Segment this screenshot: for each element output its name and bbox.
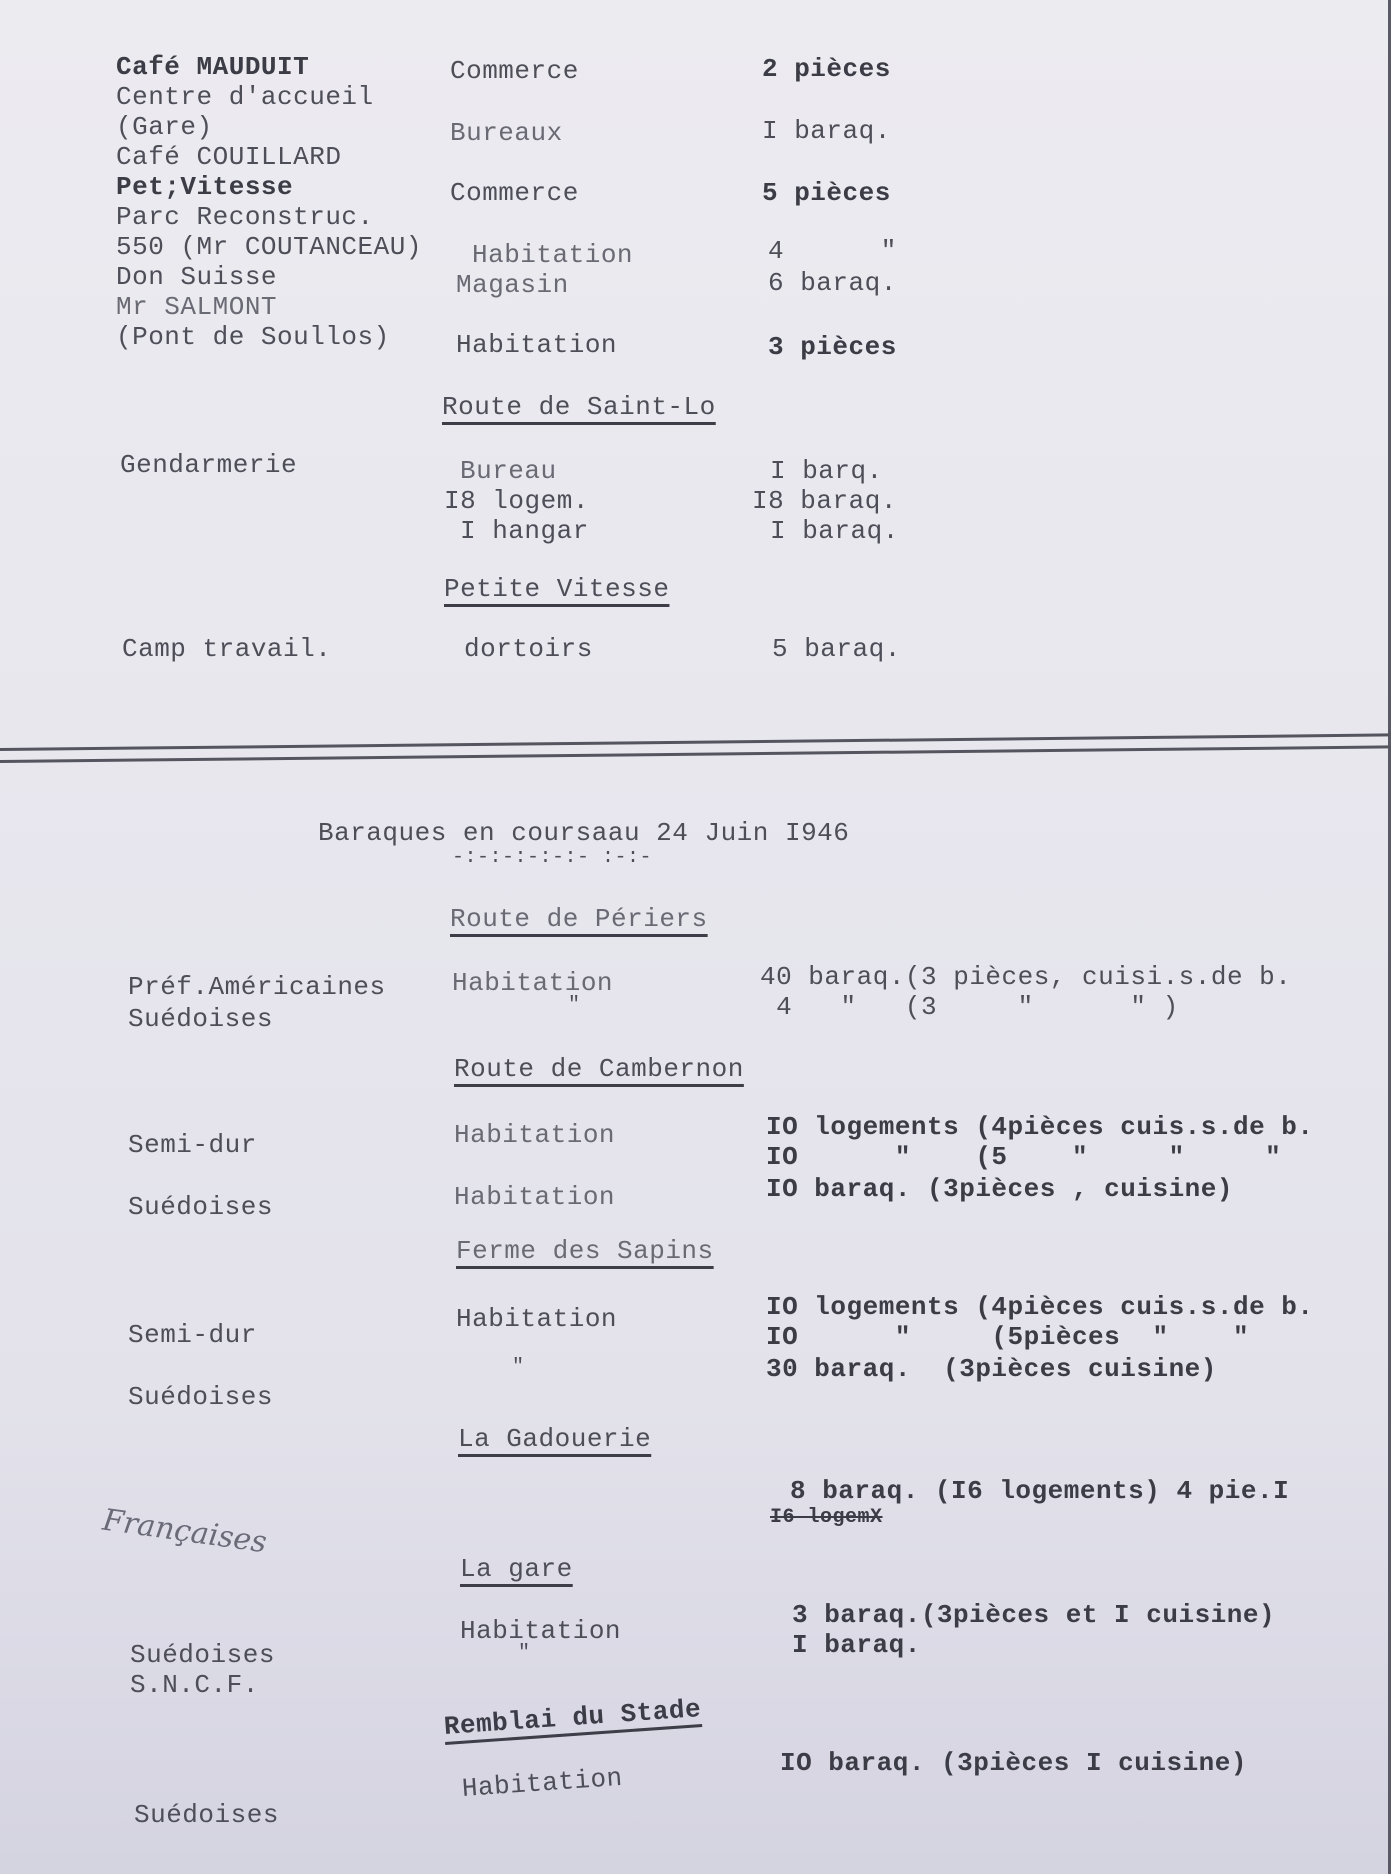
- entry-size: 2 pièces: [762, 54, 891, 84]
- entry-usage: Habitation: [454, 1120, 615, 1150]
- entry-name: Suédoises: [130, 1640, 275, 1670]
- entry-name: Café MAUDUIT: [116, 52, 309, 82]
- entry-usage: Magasin: [456, 270, 569, 300]
- entry-size: IO logements (4pièces cuis.s.de b.: [766, 1292, 1314, 1322]
- entry-usage: Habitation: [452, 968, 613, 998]
- entry-size: 6 baraq.: [768, 268, 897, 298]
- entry-size: 4 ": [768, 236, 897, 266]
- entry-name: 550 (Mr COUTANCEAU): [116, 232, 422, 262]
- entry-usage: Habitation: [461, 1763, 624, 1804]
- entry-usage: Habitation: [472, 240, 633, 270]
- entry-name: Don Suisse: [116, 262, 277, 292]
- entry-size: 5 baraq.: [772, 634, 901, 664]
- ditto-mark: ": [518, 1642, 531, 1665]
- entry-size: 8 baraq. (I6 logements) 4 pie.I: [790, 1476, 1289, 1506]
- entry-size: 3 pièces: [768, 332, 897, 362]
- entry-name: (Pont de Soullos): [116, 322, 390, 352]
- scanned-page: Café MAUDUIT Centre d'accueil (Gare) Caf…: [0, 0, 1391, 1874]
- entry-usage: Habitation: [456, 330, 617, 360]
- section-heading-gadouerie: La Gadouerie: [458, 1424, 651, 1454]
- ditto-mark: ": [568, 994, 581, 1017]
- entry-usage: I hangar: [460, 516, 589, 546]
- entry-name: Suédoises: [128, 1382, 273, 1412]
- entry-name: Pet;Vitesse: [116, 172, 293, 202]
- entry-usage: Habitation: [454, 1182, 615, 1212]
- section-heading-stade: Remblai du Stade: [443, 1694, 702, 1742]
- entry-usage: Commerce: [450, 178, 579, 208]
- entry-name: S.N.C.F.: [130, 1670, 259, 1700]
- entry-usage: Bureaux: [450, 118, 563, 148]
- entry-name: Préf.Américaines: [128, 972, 386, 1002]
- entry-name: Centre d'accueil: [116, 82, 374, 112]
- entry-name: (Gare): [116, 112, 213, 142]
- title-ornament: -:-:-:-:-:- :-:-: [452, 846, 652, 869]
- entry-size: IO baraq. (3pièces I cuisine): [780, 1748, 1247, 1778]
- entry-usage: Habitation: [460, 1616, 621, 1646]
- entry-name: Parc Reconstruc.: [116, 202, 374, 232]
- entry-size: I baraq.: [770, 516, 899, 546]
- entry-name: Mr SALMONT: [116, 292, 277, 322]
- entry-usage: Bureau: [460, 456, 557, 486]
- entry-size: IO " (5 " " ": [766, 1142, 1281, 1172]
- entry-size: 3 baraq.(3pièces et I cuisine): [792, 1600, 1275, 1630]
- entry-name: Suédoises: [134, 1800, 279, 1830]
- section-heading-petite-vitesse: Petite Vitesse: [444, 574, 669, 604]
- section-heading-saint-lo: Route de Saint-Lo: [442, 392, 716, 422]
- section-heading-cambernon: Route de Cambernon: [454, 1054, 744, 1084]
- entry-size: IO baraq. (3pièces , cuisine): [766, 1174, 1233, 1204]
- entry-usage: dortoirs: [464, 634, 593, 664]
- section-heading-periers: Route de Périers: [450, 904, 708, 934]
- entry-usage: Commerce: [450, 56, 579, 86]
- entry-size: 40 baraq.(3 pièces, cuisi.s.de b.: [760, 962, 1291, 992]
- entry-name: Gendarmerie: [120, 450, 297, 480]
- entry-size: IO logements (4pièces cuis.s.de b.: [766, 1112, 1314, 1142]
- entry-usage: Habitation: [456, 1304, 617, 1334]
- section-heading-sapins: Ferme des Sapins: [456, 1236, 714, 1266]
- entry-size: IO " (5pièces " ": [766, 1322, 1249, 1352]
- section-heading-gare: La gare: [460, 1554, 573, 1584]
- page-title: Baraques en coursaau 24 Juin I946: [318, 818, 849, 848]
- entry-usage: I8 logem.: [444, 486, 589, 516]
- entry-size: 4 " (3 " " ): [760, 992, 1179, 1022]
- entry-size: I barq.: [770, 456, 883, 486]
- entry-size: 5 pièces: [762, 178, 891, 208]
- entry-size: I baraq.: [792, 1630, 921, 1660]
- entry-name: Suédoises: [128, 1192, 273, 1222]
- entry-name: Semi-dur: [128, 1320, 257, 1350]
- entry-name: Suédoises: [128, 1004, 273, 1034]
- entry-size: 30 baraq. (3pièces cuisine): [766, 1354, 1217, 1384]
- entry-size: I baraq.: [762, 116, 891, 146]
- handwritten-note: Françaises: [100, 1503, 268, 1561]
- entry-name: Semi-dur: [128, 1130, 257, 1160]
- entry-name: Café COUILLARD: [116, 142, 341, 172]
- entry-name: Camp travail.: [122, 634, 331, 664]
- entry-size: I8 baraq.: [752, 486, 897, 516]
- struck-out-text: I6 logemX: [770, 1506, 883, 1529]
- ditto-mark: ": [512, 1356, 525, 1379]
